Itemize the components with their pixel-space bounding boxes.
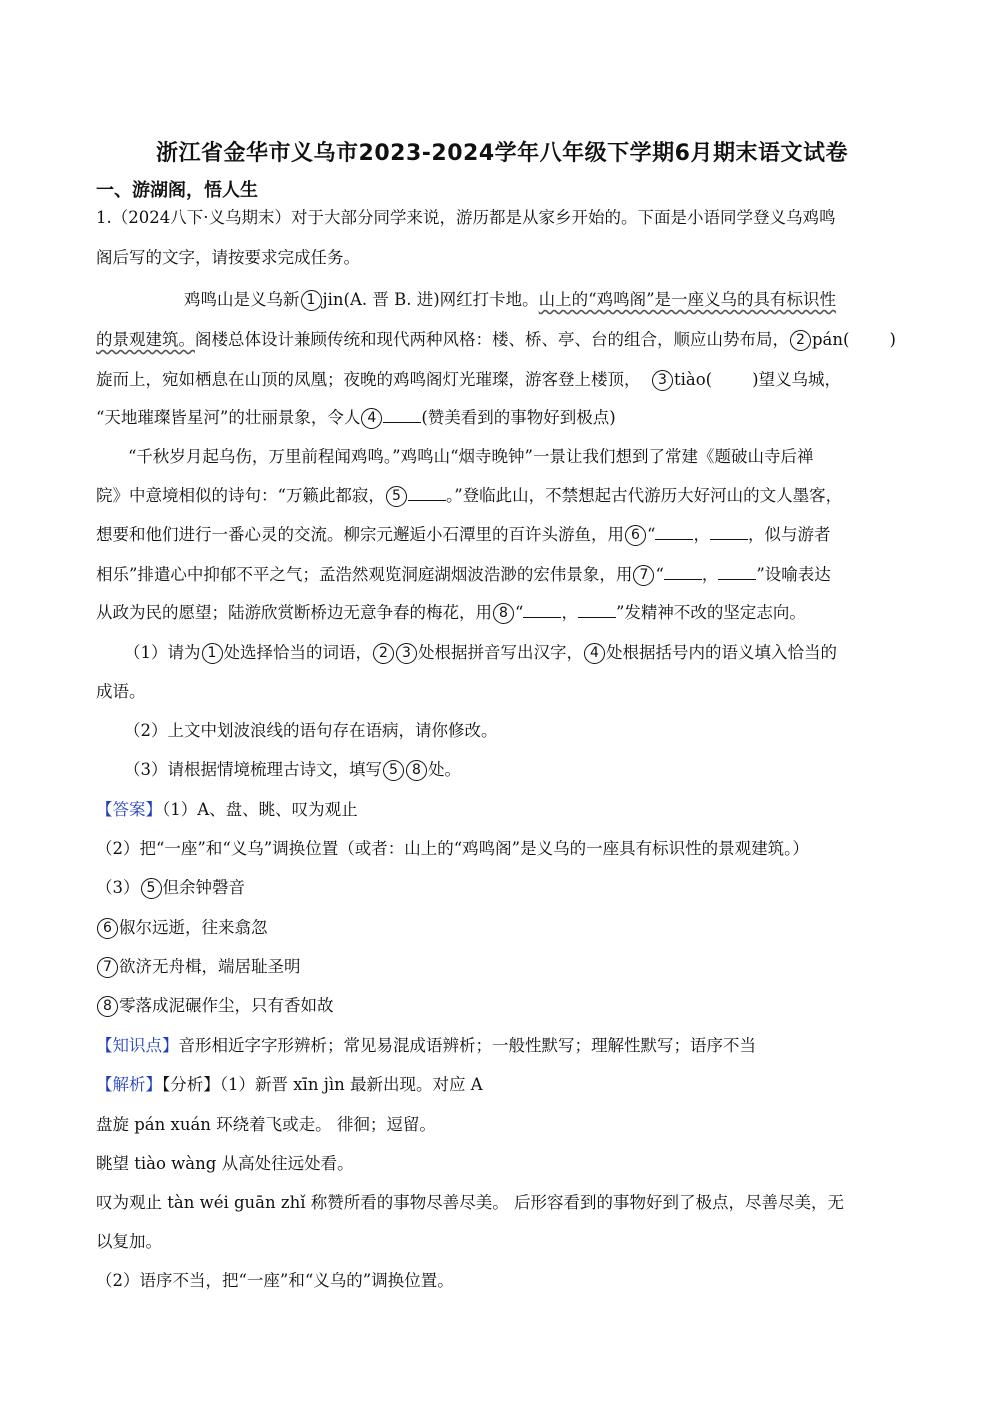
text: tiào( [674,370,712,389]
passage-line: 的景观建筑。阁楼总体设计兼顾传统和现代两种风格：楼、桥、亭、台的组合，顺应山势布… [96,329,896,351]
knowledge-points: 【知识点】音形相近字字形辨析；常见易混成语辨析；一般性默写；理解性默写；语序不当 [96,1035,756,1057]
circled-number-6: 6 [625,525,646,546]
text: （3）请根据情境梳理古诗文，填写 [124,760,382,779]
circled-number-4: 4 [584,643,605,664]
answer-blank [383,408,421,423]
text: ”设喻表达 [756,565,830,584]
circled-number-1: 1 [202,643,223,664]
circled-number-5: 5 [386,486,407,507]
answer-blank [523,603,561,618]
task-2: （2）上文中划波浪线的语句存在语病，请你修改。 [96,720,498,742]
passage-line: 相乐”排遣心中抑郁不平之气；孟浩然观览洞庭湖烟波浩渺的宏伟景象，用7“，”设喻表… [96,564,831,586]
wavy-underlined-sentence: 的景观建筑。 [96,330,195,349]
text: 处选择恰当的词语， [224,643,373,662]
passage-line: 旋而上，宛如栖息在山顶的凤凰；夜晚的鸡鸣阁灯光璀璨，游客登上楼顶， 3tiào(… [96,369,841,391]
text: ) [889,330,895,349]
passage-line: 院》中意境相似的诗句：“万籁此都寂，5。”登临此山，不禁想起古代游历大好河山的文… [96,485,842,507]
analysis-line-2: 盘旋 pán xuán 环绕着飞或走。 徘徊；逗留。 [96,1114,436,1136]
text: 旋而上，宛如栖息在山顶的凤凰；夜晚的鸡鸣阁灯光璀璨，游客登上楼顶， [96,370,641,389]
answer-line-3: （3）5但余钟磬音 [96,877,245,899]
text: 阁楼总体设计兼顾传统和现代两种风格：楼、桥、亭、台的组合，顺应山势布局， [195,330,789,349]
text: 相乐”排遣心中抑郁不平之气；孟浩然观览洞庭湖烟波浩渺的宏伟景象，用 [96,565,632,584]
text: 处根据括号内的语义填入恰当的 [606,643,837,662]
text: 想要和他们进行一番心灵的交流。柳宗元邂逅小石潭里的百许头游鱼，用 [96,525,624,544]
circled-number-8: 8 [493,603,514,624]
analysis-tag: 【解析】 [96,1075,162,1094]
circled-number-5: 5 [383,760,404,781]
answer-blank [718,565,756,580]
analysis-line-6: （2）语序不当，把“一座”和“义乌的”调换位置。 [96,1270,454,1292]
circled-number-8: 8 [97,996,118,1017]
analysis-line-4: 叹为观止 tàn wéi guān zhǐ 称赞所看的事物尽善尽美。 后形容看到… [96,1192,844,1214]
text: （1）A、盘、眺、叹为观止 [162,800,358,819]
text: ， [702,565,719,584]
text: ， [561,603,578,622]
circled-number-7: 7 [97,957,118,978]
circled-number-1: 1 [301,290,322,311]
text: “ [515,603,523,622]
text: ”发精神不改的坚定志向。 [616,603,806,622]
answer-blank [664,565,702,580]
task-3: （3）请根据情境梳理古诗文，填写58处。 [96,759,461,781]
text: 欲济无舟楫，端居耻圣明 [119,957,301,976]
text: （3） [96,878,140,897]
text: pán( [812,330,849,349]
knowledge-tag: 【知识点】 [96,1036,179,1055]
answer-blank [710,525,748,540]
text: “天地璀璨皆星河”的壮丽景象，令人 [96,408,360,427]
text: “ [655,565,663,584]
analysis-line-1: 【解析】【分析】（1）新晋 xīn jìn 最新出现。对应 A [96,1074,483,1096]
text: （1）请为 [124,643,201,662]
question-number: 1. [96,208,112,227]
question-source: （2024八下·义乌期末） [112,208,291,227]
answer-blank [578,603,616,618]
text: 。”登临此山，不禁想起古代游历大好河山的文人墨客， [446,486,842,505]
circled-number-3: 3 [396,643,417,664]
passage-line: “千秋岁月起乌伤，万里前程闻鸡鸣。”鸡鸣山“烟寺晚钟”一景让我们想到了常建《题破… [96,446,814,468]
answer-line-2: （2）把“一座”和“义乌”调换位置（或者：山上的“鸡鸣阁”是义乌的一座具有标识性… [96,838,809,860]
text: 院》中意境相似的诗句：“万籁此都寂， [96,486,385,505]
circled-number-2: 2 [373,643,394,664]
page-title: 浙江省金华市义乌市2023-2024学年八年级下学期6月期末语文试卷 [96,136,908,167]
text: 处。 [428,760,461,779]
task-1-cont: 成语。 [96,681,146,703]
analysis-line-5: 以复加。 [96,1231,162,1253]
text: 音形相近字字形辨析；常见易混成语辨析；一般性默写；理解性默写；语序不当 [179,1036,757,1055]
answer-line-8: 8零落成泥碾作尘，只有香如故 [96,995,334,1017]
text: )望义乌城， [752,370,841,389]
answer-line-7: 7欲济无舟楫，端居耻圣明 [96,956,301,978]
intro-text: 对于大部分同学来说，游历都是从家乡开始的。下面是小语同学登义乌鸡鸣 [291,208,836,227]
task-1: （1）请为1处选择恰当的词语，23处根据拼音写出汉字，4处根据括号内的语义填入恰… [96,642,837,664]
text: 从政为民的愿望；陆游欣赏断桥边无意争春的梅花，用 [96,603,492,622]
text: ，似与游者 [748,525,831,544]
circled-number-6: 6 [97,918,118,939]
question-intro-2: 阁后写的文字，请按要求完成任务。 [96,247,360,269]
text: “ [647,525,655,544]
passage-line: 想要和他们进行一番心灵的交流。柳宗元邂逅小石潭里的百许头游鱼，用6“，，似与游者 [96,524,830,546]
circled-number-4: 4 [361,408,382,429]
wavy-underlined-sentence: 山上的“鸡鸣阁”是一座义乌的具有标识性 [539,290,836,309]
passage-line: 鸡鸣山是义乌新1jin(A. 晋 B. 进)网红打卡地。山上的“鸡鸣阁”是一座义… [96,289,836,311]
circled-number-3: 3 [652,370,673,391]
passage-line: 从政为民的愿望；陆游欣赏断桥边无意争春的梅花，用8“，”发精神不改的坚定志向。 [96,602,806,624]
text: 处根据拼音写出汉字， [418,643,583,662]
circled-number-2: 2 [790,330,811,351]
analysis-sub-tag: 【分析】 [162,1075,220,1094]
text: jin(A. 晋 B. 进)网红打卡地。 [323,290,539,309]
circled-number-8: 8 [406,760,427,781]
text: 鸡鸣山是义乌新 [184,290,300,309]
passage-line: “天地璀璨皆星河”的壮丽景象，令人4(赞美看到的事物好到极点) [96,407,616,429]
text: 俶尔远逝，往来翕忽 [119,918,268,937]
text: 零落成泥碾作尘，只有香如故 [119,996,334,1015]
text: 但余钟磬音 [163,878,246,897]
answer-tag: 【答案】 [96,800,162,819]
answer-line-1: 【答案】（1）A、盘、眺、叹为观止 [96,799,358,821]
section-heading: 一、游湖阁，悟人生 [96,176,258,202]
text: （1）新晋 xīn jìn 最新出现。对应 A [220,1075,483,1094]
question-intro: 1.（2024八下·义乌期末）对于大部分同学来说，游历都是从家乡开始的。下面是小… [96,207,836,229]
circled-number-7: 7 [633,565,654,586]
text: (赞美看到的事物好到极点) [421,408,615,427]
answer-line-6: 6俶尔远逝，往来翕忽 [96,917,268,939]
text: ， [693,525,710,544]
circled-number-5: 5 [141,878,162,899]
answer-blank [655,525,693,540]
answer-blank [408,486,446,501]
analysis-line-3: 眺望 tiào wàng 从高处往远处看。 [96,1153,354,1175]
